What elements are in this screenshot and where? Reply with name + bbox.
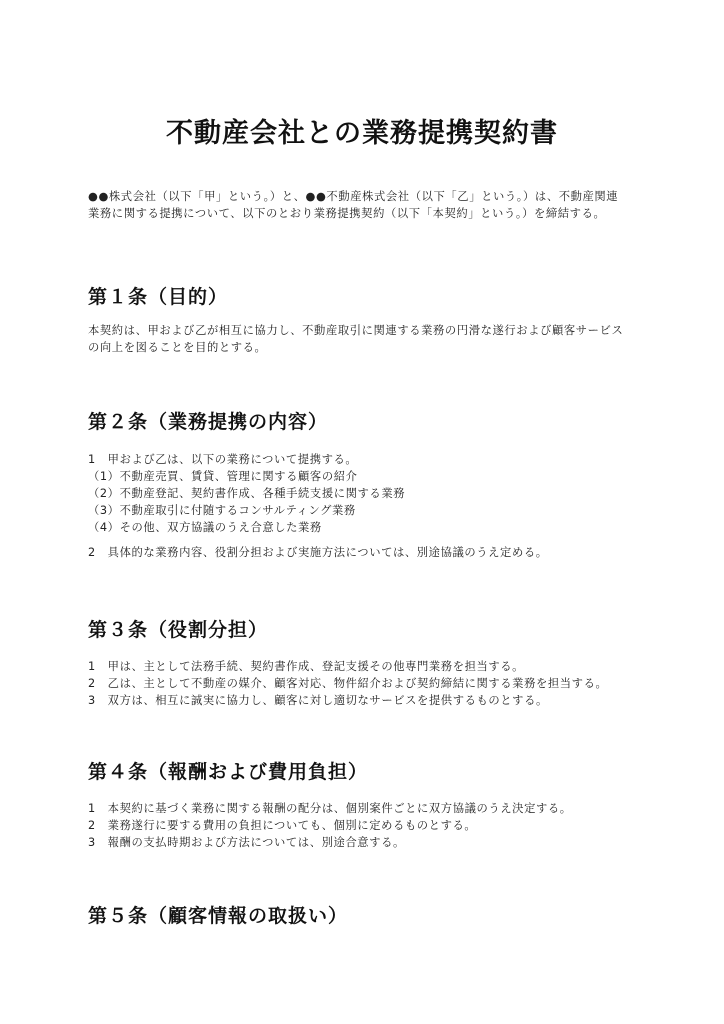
intro-line: 業務に関する提携について、以下のとおり業務提携契約（以下「本契約」という。）を締…	[88, 205, 648, 222]
article-3-body: 1 甲は、主として法務手続、契約書作成、登記支援その他専門業務を担当する。 2 …	[88, 658, 648, 709]
article-2-clause-2: 2 具体的な業務内容、役割分担および実施方法については、別途協議のうえ定める。	[88, 544, 648, 561]
article-4-heading: 第４条（報酬および費用負担）	[88, 759, 368, 785]
intro-line: ●●株式会社（以下「甲」という。）と、●●不動産株式会社（以下「乙」という。）は…	[88, 188, 648, 205]
article-2-body: 1 甲および乙は、以下の業務について提携する。 （1）不動産売買、賃貸、管理に関…	[88, 451, 648, 536]
article-2-heading: 第２条（業務提携の内容）	[88, 409, 328, 435]
article-line: 2 業務遂行に要する費用の負担についても、個別に定めるものとする。	[88, 817, 648, 834]
article-1-body: 本契約は、甲および乙が相互に協力し、不動産取引に関連する業務の円滑な遂行および顧…	[88, 322, 648, 356]
article-line: 2 乙は、主として不動産の媒介、顧客対応、物件紹介および契約締結に関する業務を担…	[88, 675, 648, 692]
article-line: 1 甲は、主として法務手続、契約書作成、登記支援その他専門業務を担当する。	[88, 658, 648, 675]
article-subitem: （2）不動産登記、契約書作成、各種手続支援に関する業務	[88, 485, 648, 502]
article-line: 本契約は、甲および乙が相互に協力し、不動産取引に関連する業務の円滑な遂行および顧…	[88, 322, 648, 339]
article-line: の向上を図ることを目的とする。	[88, 339, 648, 356]
article-line: 1 本契約に基づく業務に関する報酬の配分は、個別案件ごとに双方協議のうえ決定する…	[88, 800, 648, 817]
article-subitem: （3）不動産取引に付随するコンサルティング業務	[88, 502, 648, 519]
article-line: 2 具体的な業務内容、役割分担および実施方法については、別途協議のうえ定める。	[88, 544, 648, 561]
article-5-heading: 第５条（顧客情報の取扱い）	[88, 903, 348, 929]
article-line: 3 双方は、相互に誠実に協力し、顧客に対し適切なサービスを提供するものとする。	[88, 692, 648, 709]
article-1-heading: 第１条（目的）	[88, 284, 228, 310]
intro-paragraph: ●●株式会社（以下「甲」という。）と、●●不動産株式会社（以下「乙」という。）は…	[88, 188, 648, 222]
article-3-heading: 第３条（役割分担）	[88, 617, 268, 643]
document-title: 不動産会社との業務提携契約書	[0, 116, 724, 152]
article-4-body: 1 本契約に基づく業務に関する報酬の配分は、個別案件ごとに双方協議のうえ決定する…	[88, 800, 648, 851]
article-subitem: （4）その他、双方協議のうえ合意した業務	[88, 519, 648, 536]
article-line: 3 報酬の支払時期および方法については、別途合意する。	[88, 834, 648, 851]
article-subitem: （1）不動産売買、賃貸、管理に関する顧客の紹介	[88, 468, 648, 485]
article-line: 1 甲および乙は、以下の業務について提携する。	[88, 451, 648, 468]
